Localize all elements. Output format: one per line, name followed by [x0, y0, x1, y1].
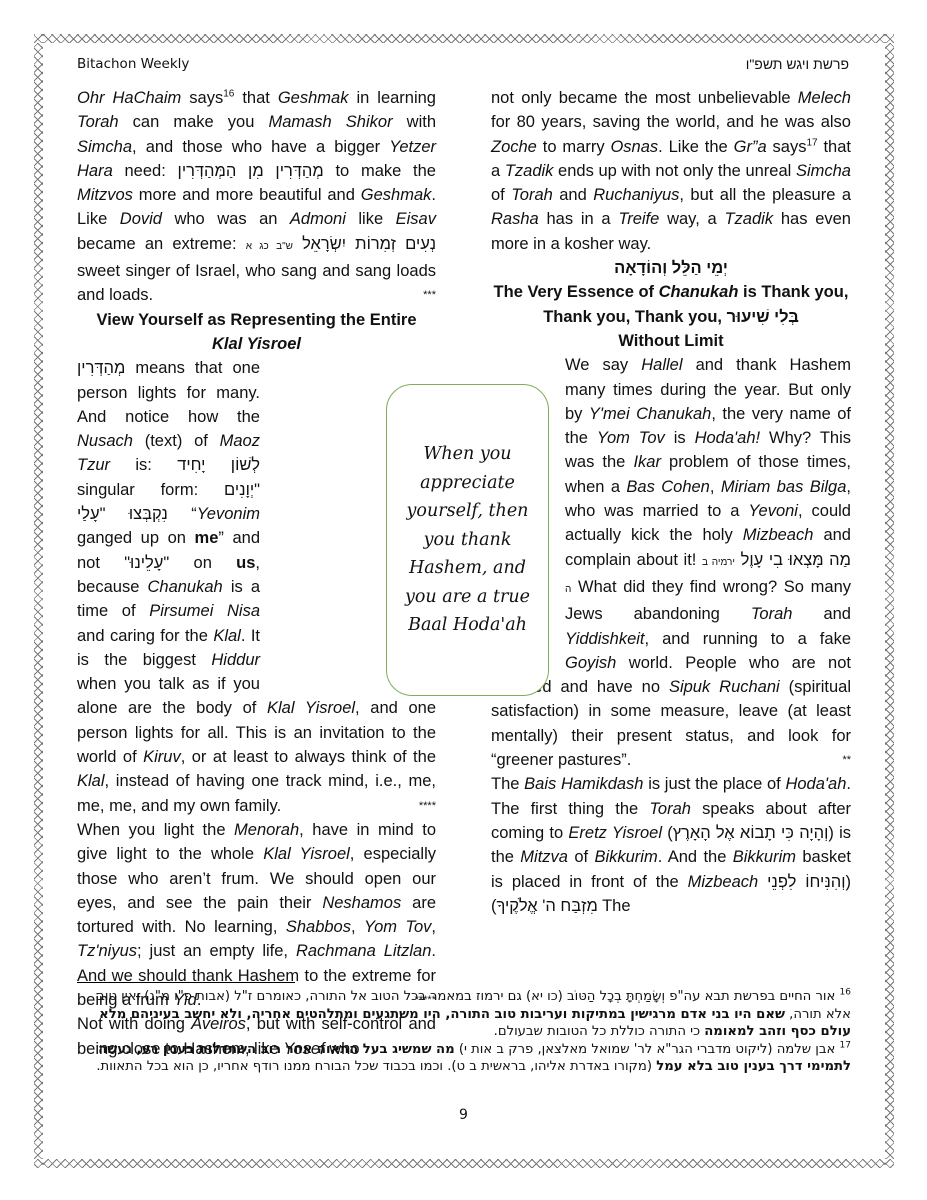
section-separator: ****: [419, 794, 436, 818]
pull-quote-text: When you appreciate yourself, then you t…: [397, 440, 538, 640]
section-separator: **: [842, 748, 851, 772]
paragraph: The Bais Hamikdash is just the place of …: [491, 772, 851, 918]
footnote-17: 17 אבן שלמה (ליקוט מדברי הגר"א לר' שמואל…: [77, 1041, 851, 1076]
footnote-separator: [77, 982, 295, 983]
footnote-16: 16 אור החיים בפרשת תבא עה"פ וְשָׂמַחְתָּ…: [77, 988, 851, 1041]
section-heading: View Yourself as Representing the Entire…: [77, 308, 436, 357]
paragraph: not only became the most unbelievable Me…: [491, 86, 851, 256]
paragraph: מְהַדְּרִין means that one person lights…: [77, 356, 436, 818]
section-separator: ***: [423, 283, 436, 307]
header-publication-title: Bitachon Weekly: [77, 56, 189, 72]
left-column: Ohr HaChaim says16 that Geshmak in learn…: [77, 86, 436, 1061]
section-heading: יְמֵי הַלֵּל וְהוֹדָאָה The Very Essence…: [491, 256, 851, 353]
footnotes: 16 אור החיים בפרשת תבא עה"פ וְשָׂמַחְתָּ…: [77, 988, 851, 1076]
footnote-ref[interactable]: 17: [806, 137, 817, 148]
hebrew-subheading: יְמֵי הַלֵּל וְהוֹדָאָה: [614, 259, 728, 277]
paragraph: When you light the Menorah, have in mind…: [77, 818, 436, 1012]
header-parsha-title: פרשת ויגש תשפ"ו: [746, 56, 849, 72]
pull-quote-box: When you appreciate yourself, then you t…: [386, 384, 549, 696]
page-number: 9: [0, 1107, 927, 1123]
paragraph: Ohr HaChaim says16 that Geshmak in learn…: [77, 86, 436, 308]
footnote-ref[interactable]: 16: [223, 89, 234, 100]
